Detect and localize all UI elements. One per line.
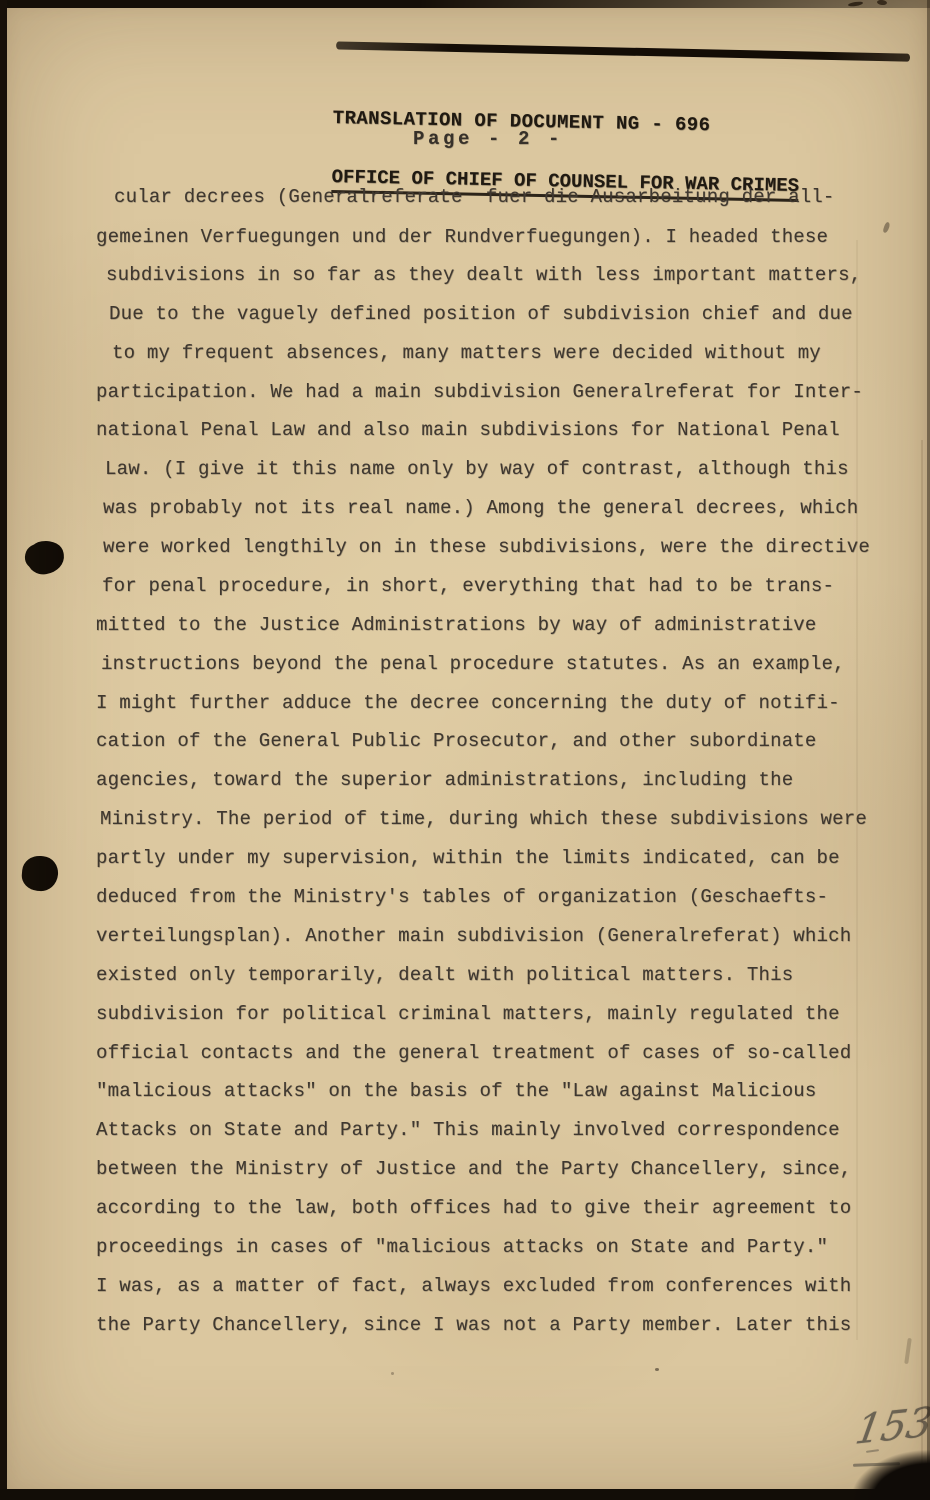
text-line: cular decrees (Generalreferate fuer die … [114,186,871,225]
page-number-label: Page - 2 - [413,128,563,150]
paper-crease [921,440,923,1480]
paper-speck [655,1368,659,1371]
handwritten-page-number: 153 [852,1399,930,1454]
text-line: I might further adduce the decree concer… [96,692,871,731]
text-line: gemeinen Verfuegungen und der Rundverfue… [96,226,871,265]
hole-punch-top [25,539,66,577]
paper-speck [391,1372,394,1375]
text-line: official contacts and the general treatm… [96,1042,871,1081]
text-line: agencies, toward the superior administra… [96,769,871,808]
photo-edge-top [0,0,930,8]
text-line: subdivisions in so far as they dealt wit… [106,264,871,303]
text-line: between the Ministry of Justice and the … [96,1158,871,1197]
document-body: cular decrees (Generalreferate fuer die … [96,186,871,1353]
pencil-underline [853,1462,900,1466]
paper-crease [856,240,858,1340]
text-line: Attacks on State and Party." This mainly… [96,1119,871,1158]
text-line: to my frequent absences, many matters we… [112,342,871,381]
stamp-overline-mark [336,41,910,61]
hole-punch-bottom [21,854,60,892]
stamp-document-number: TRANSLATION OF DOCUMENT NG - 696 [333,107,801,138]
paper-speck [904,1338,912,1364]
paper-page: TRANSLATION OF DOCUMENT NG - 696 OFFICE … [0,0,930,1500]
text-line: Due to the vaguely defined position of s… [109,303,871,342]
text-line: cation of the General Public Prosecutor,… [96,730,871,769]
photo-edge-left [0,0,7,1500]
text-line: national Penal Law and also main subdivi… [96,419,871,458]
text-line: was probably not its real name.) Among t… [103,497,871,536]
text-line: partly under my supervision, within the … [96,847,871,886]
text-line: proceedings in cases of "malicious attac… [96,1236,871,1275]
text-line: subdivision for political criminal matte… [96,1003,871,1042]
text-line: participation. We had a main subdivision… [96,381,871,420]
text-line: were worked lengthily on in these subdiv… [103,536,871,575]
text-line: according to the law, both offices had t… [96,1197,871,1236]
text-line: the Party Chancellery, since I was not a… [96,1314,871,1353]
text-line: Law. (I give it this name only by way of… [105,458,871,497]
scanned-document-photo: { "page": { "stamp": { "line1": "TRANSLA… [0,0,930,1500]
text-line: mitted to the Justice Administrations by… [96,614,871,653]
text-line: instructions beyond the penal procedure … [101,653,871,692]
text-line: "malicious attacks" on the basis of the … [96,1080,871,1119]
photo-edge-bottom [0,1489,930,1500]
text-line: verteilungsplan). Another main subdivisi… [96,925,871,964]
text-line: deduced from the Ministry's tables of or… [96,886,871,925]
text-line: existed only temporarily, dealt with pol… [96,964,871,1003]
text-line: Ministry. The period of time, during whi… [100,808,871,847]
paper-smudge [882,221,890,233]
pencil-mark [866,1449,879,1453]
text-line: I was, as a matter of fact, always exclu… [96,1275,871,1314]
text-line: for penal procedure, in short, everythin… [102,575,871,614]
